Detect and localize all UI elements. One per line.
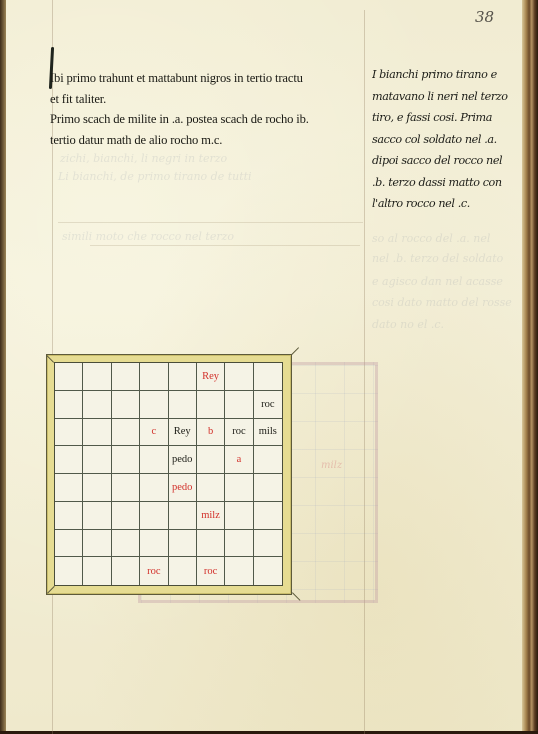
- board-square-red-piece: roc: [197, 557, 225, 585]
- board-square: [112, 557, 140, 585]
- ruling-line: [58, 222, 363, 223]
- board-square: [83, 363, 111, 391]
- chessboard-grid: Rey roc c Rey b roc mils: [55, 363, 282, 585]
- italian-line: dipoi sacco del rocco nel: [372, 150, 522, 172]
- board-square: [254, 530, 282, 558]
- latin-line: Primo scach de milite in .a. postea scac…: [50, 109, 365, 130]
- board-square: [225, 363, 253, 391]
- board-square: [112, 419, 140, 447]
- bleed-through-text: e agisco dan nel acasse: [372, 275, 503, 288]
- latin-line: et fit taliter.: [50, 89, 365, 110]
- italian-line: l'altro rocco nel .c.: [372, 193, 522, 215]
- board-square-red-piece: milz: [197, 502, 225, 530]
- latin-line: tertio datur math de alio rocho m.c.: [50, 130, 365, 151]
- board-square: [225, 557, 253, 585]
- board-square: [254, 363, 282, 391]
- board-square: [83, 502, 111, 530]
- board-square: [55, 557, 83, 585]
- board-square: [112, 446, 140, 474]
- board-square-red-piece: b: [197, 419, 225, 447]
- board-square: [225, 391, 253, 419]
- board-square: [112, 530, 140, 558]
- board-square-black-piece: roc: [254, 391, 282, 419]
- board-square: [254, 502, 282, 530]
- folio-number: 38: [475, 8, 494, 26]
- board-square: [112, 363, 140, 391]
- italian-line: tiro, e fassi cosi. Prima: [372, 107, 522, 129]
- board-square: [225, 530, 253, 558]
- board-square: [169, 502, 197, 530]
- italian-line: I bianchi primo tirano e: [372, 64, 522, 86]
- italian-line: .b. terzo dassi matto con: [372, 172, 522, 194]
- board-square: [140, 530, 168, 558]
- board-square-red-piece: a: [225, 446, 253, 474]
- bleed-through-text: so al rocco del .a. nel: [372, 232, 490, 245]
- board-square: [83, 419, 111, 447]
- bleed-through-text: zichi, bianchi, li negri in terzo: [60, 152, 227, 165]
- board-square-black-piece: pedo: [169, 446, 197, 474]
- board-square: [225, 502, 253, 530]
- bleed-through-text: simili moto che rocco nel terzo: [62, 230, 234, 243]
- board-square-red-piece: pedo: [169, 474, 197, 502]
- board-square: [55, 391, 83, 419]
- board-square: [169, 363, 197, 391]
- board-square: [197, 446, 225, 474]
- board-square: [83, 446, 111, 474]
- board-square: [55, 363, 83, 391]
- board-square: [112, 474, 140, 502]
- board-square: [197, 530, 225, 558]
- board-square-red-piece: c: [140, 419, 168, 447]
- board-square: [225, 474, 253, 502]
- board-square-red-piece: roc: [140, 557, 168, 585]
- board-square: [83, 530, 111, 558]
- bleed-through-text: Li bianchi, de primo tirano de tutti: [58, 170, 252, 183]
- italian-line: matavano li neri nel terzo: [372, 86, 522, 108]
- chessboard: Rey roc c Rey b roc mils: [54, 362, 283, 586]
- italian-text-block: I bianchi primo tirano e matavano li ner…: [372, 64, 522, 215]
- latin-line: Ibi primo trahunt et mattabunt nigros in…: [50, 68, 365, 89]
- board-square: [254, 446, 282, 474]
- board-square: [140, 474, 168, 502]
- bleed-through-text: cosi dato matto del rosse: [372, 296, 512, 309]
- board-square: [55, 502, 83, 530]
- manuscript-page: zichi, bianchi, li negri in terzo Li bia…: [0, 0, 538, 734]
- board-square: [83, 557, 111, 585]
- board-square: [112, 391, 140, 419]
- board-square: [112, 502, 140, 530]
- board-square-black-piece: Rey: [169, 419, 197, 447]
- board-square-black-piece: mils: [254, 419, 282, 447]
- board-square: [254, 474, 282, 502]
- board-square: [169, 557, 197, 585]
- board-square: [140, 502, 168, 530]
- frame-corner-miter: [291, 347, 299, 355]
- bleed-through-text: nel .b. terzo del soldato: [372, 252, 503, 265]
- ruling-line: [90, 245, 360, 246]
- frame-corner-miter: [46, 355, 54, 363]
- book-spine-edge: [522, 0, 538, 734]
- page-left-edge: [0, 0, 6, 734]
- board-square: [55, 419, 83, 447]
- board-square: [169, 530, 197, 558]
- chessboard-frame: Rey roc c Rey b roc mils: [46, 354, 292, 595]
- board-square: [169, 391, 197, 419]
- bleed-through-mark: milz: [321, 460, 342, 471]
- board-square: [55, 530, 83, 558]
- frame-corner-miter: [47, 586, 55, 594]
- board-square: [197, 391, 225, 419]
- board-square: [83, 474, 111, 502]
- board-square: [197, 474, 225, 502]
- board-square: [140, 363, 168, 391]
- board-square: [55, 474, 83, 502]
- latin-text-block: Ibi primo trahunt et mattabunt nigros in…: [50, 68, 365, 150]
- board-square-black-piece: roc: [225, 419, 253, 447]
- board-square: [55, 446, 83, 474]
- board-square: [83, 391, 111, 419]
- board-square: [254, 557, 282, 585]
- board-square-red-piece: Rey: [197, 363, 225, 391]
- bleed-through-text: dato no el .c.: [372, 318, 444, 331]
- board-square: [140, 446, 168, 474]
- italian-line: sacco col soldato nel .a.: [372, 129, 522, 151]
- board-square: [140, 391, 168, 419]
